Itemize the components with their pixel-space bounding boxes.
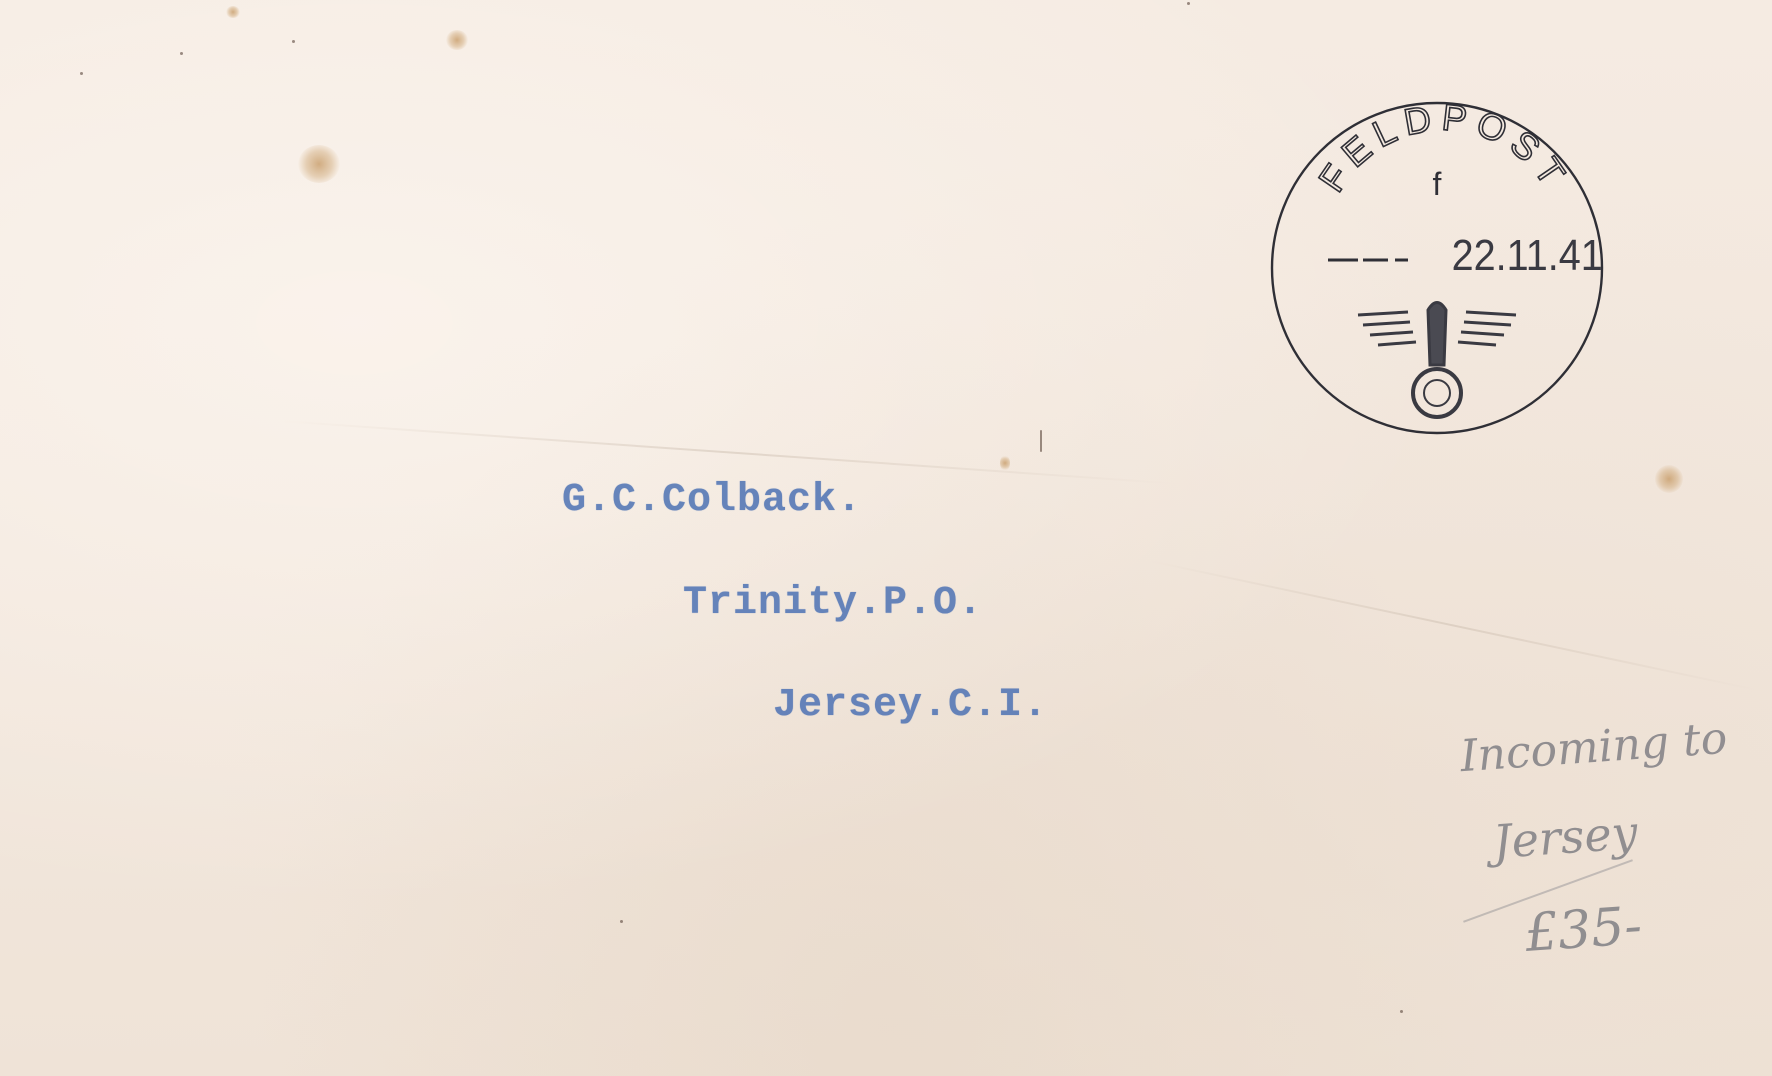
pencil-note-line-1: Incoming to <box>1459 713 1729 783</box>
speck <box>1187 2 1190 5</box>
speck <box>80 72 83 75</box>
address-line-post-office: Trinity.P.O. <box>683 581 983 626</box>
speck <box>1040 430 1042 452</box>
pencil-note-price: £35- <box>1523 896 1644 964</box>
speck <box>1400 1010 1403 1013</box>
postmark-date: 22.11.41 <box>1452 230 1603 279</box>
foxing-stain <box>1655 465 1683 493</box>
fold-crease <box>280 420 1178 485</box>
speck <box>180 52 183 55</box>
speck <box>620 920 623 923</box>
postmark-arc-text: FELDPOST <box>1311 100 1578 199</box>
foxing-stain <box>298 145 340 183</box>
fold-crease <box>1150 560 1757 691</box>
envelope: FELDPOST f 22.11.41 G.C.Colback. Trinity… <box>0 0 1772 1076</box>
speck <box>292 40 295 43</box>
foxing-stain <box>446 30 468 50</box>
address-line-island: Jersey.C.I. <box>773 683 1048 728</box>
pencil-note-line-2: Jersey <box>1491 805 1639 869</box>
postmark-code-letter: f <box>1433 166 1442 202</box>
postmark: FELDPOST f 22.11.41 <box>1268 100 1606 436</box>
foxing-stain <box>1000 455 1010 471</box>
eagle-emblem-icon <box>1358 303 1516 418</box>
address-line-name: G.C.Colback. <box>562 478 862 523</box>
foxing-stain <box>226 6 240 18</box>
